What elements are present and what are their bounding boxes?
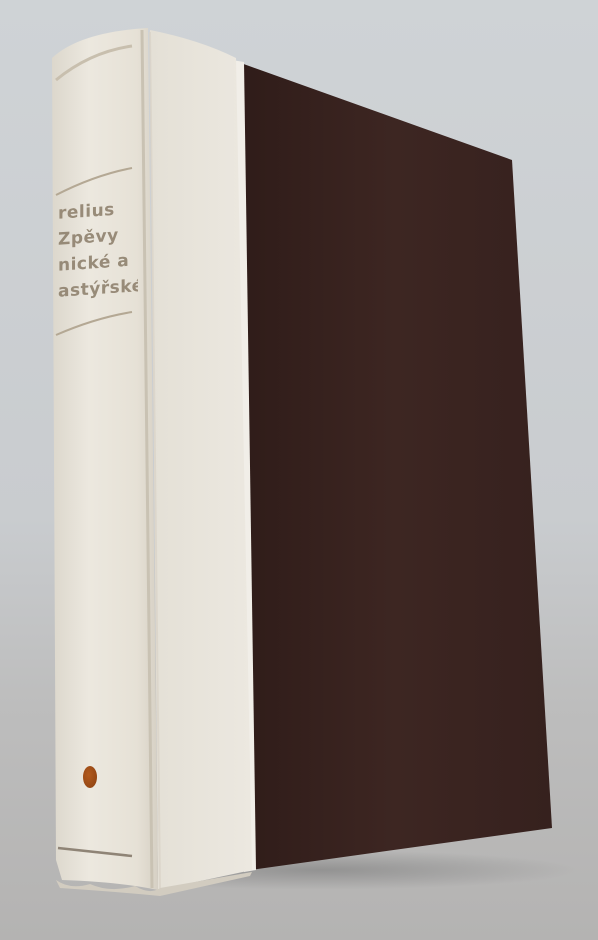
spine-title: relius Zpěvy nické a astýřské — [58, 195, 138, 305]
book — [0, 0, 598, 940]
photo-scene: relius Zpěvy nické a astýřské — [0, 0, 598, 940]
library-label-dot — [83, 766, 97, 788]
cover-vellum-panel — [150, 30, 252, 890]
cover-cloth — [238, 62, 552, 870]
